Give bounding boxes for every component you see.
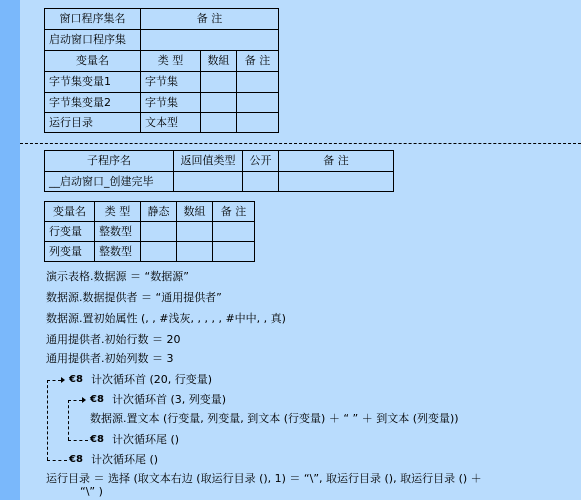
arrow-right-icon [61,377,65,383]
header-local-type: 类 型 [95,202,141,222]
loop-bracket-outer-bottom [47,460,67,461]
header-assembly-name: 窗口程序集名 [45,9,141,30]
local-var-name-cell[interactable]: 行变量 [45,222,95,242]
var-name-cell[interactable]: 运行目录 [45,113,141,133]
loop-bracket-inner-top [68,400,82,401]
var-name-cell[interactable]: 字节集变量2 [45,93,141,113]
local-var-type-cell[interactable]: 整数型 [95,242,141,262]
var-array-cell[interactable] [201,72,237,93]
header-return-type: 返回值类型 [174,151,243,172]
var-remark-cell[interactable] [237,72,279,93]
code-line[interactable]: 计次循环首 (3, 列变量) [112,393,226,407]
header-sub-remark: 备 注 [279,151,394,172]
var-type-cell[interactable]: 字节集 [141,72,201,93]
code-line[interactable]: 通用提供者.初始行数 ＝ 20 [46,333,181,347]
table-row: 字节集变量2 字节集 [45,93,279,113]
subroutine-table: 子程序名 返回值类型 公开 备 注 __启动窗口_创建完毕 [44,150,394,192]
code-line[interactable]: 演示表格.数据源 ＝ “数据源” [46,270,189,284]
loop-bracket-inner-bottom [68,440,88,441]
table-row: 运行目录 文本型 [45,113,279,133]
loop-bracket-inner [68,400,69,440]
loop-icon: €8 [90,394,104,406]
var-type-cell[interactable]: 文本型 [141,113,201,133]
local-var-remark-cell[interactable] [213,242,255,262]
local-var-array-cell[interactable] [177,222,213,242]
header-local-remark: 备 注 [213,202,255,222]
var-remark-cell[interactable] [237,93,279,113]
local-var-type-cell[interactable]: 整数型 [95,222,141,242]
header-var-name: 变量名 [45,51,141,72]
code-line[interactable]: 计次循环尾 () [112,433,179,447]
local-variables-table: 变量名 类 型 静态 数組 备 注 行变量 整数型 列变量 整数型 [44,201,255,262]
header-var-remark: 备 注 [237,51,279,72]
code-line[interactable]: 通用提供者.初始列数 ＝ 3 [46,352,174,366]
sub-remark-cell[interactable] [279,172,394,192]
loop-bracket-outer [47,380,48,460]
loop-icon: €8 [69,374,83,386]
header-public: 公开 [243,151,279,172]
var-remark-cell[interactable] [237,113,279,133]
code-line-continuation[interactable]: “\” ) [80,485,103,499]
assembly-remark-cell[interactable] [141,30,279,51]
local-var-name-cell[interactable]: 列变量 [45,242,95,262]
table-row: 行变量 整数型 [45,222,255,242]
loop-bracket-outer-top [47,380,61,381]
assembly-name-cell[interactable]: 启动窗口程序集 [45,30,141,51]
sub-name-cell[interactable]: __启动窗口_创建完毕 [45,172,174,192]
code-line[interactable]: 计次循环首 (20, 行变量) [91,373,212,387]
header-local-var-name: 变量名 [45,202,95,222]
loop-icon: €8 [69,454,83,466]
local-var-static-cell[interactable] [141,242,177,262]
header-local-array: 数組 [177,202,213,222]
var-array-cell[interactable] [201,93,237,113]
var-array-cell[interactable] [201,113,237,133]
header-remark: 备 注 [141,9,279,30]
local-var-static-cell[interactable] [141,222,177,242]
header-type: 类 型 [141,51,201,72]
code-line[interactable]: 运行目录 ＝ 选择 (取文本右边 (取运行目录 (), 1) ＝ “\”, 取运… [46,472,482,486]
table-row: 列变量 整数型 [45,242,255,262]
left-margin-strip [0,0,20,500]
header-static: 静态 [141,202,177,222]
var-name-cell[interactable]: 字节集变量1 [45,72,141,93]
var-type-cell[interactable]: 字节集 [141,93,201,113]
local-var-remark-cell[interactable] [213,222,255,242]
section-divider [20,143,581,144]
local-var-array-cell[interactable] [177,242,213,262]
code-line[interactable]: 计次循环尾 () [91,453,158,467]
public-cell[interactable] [243,172,279,192]
table-row: 字节集变量1 字节集 [45,72,279,93]
arrow-right-icon [82,397,86,403]
code-line[interactable]: 数据源.数据提供者 ＝ “通用提供者” [46,291,222,305]
window-assembly-table: 窗口程序集名 备 注 启动窗口程序集 变量名 类 型 数組 备 注 字节集变量1… [44,8,279,133]
code-line[interactable]: 数据源.置初始属性 (, , #浅灰, , , , , #中中, , 真) [46,312,286,326]
header-array: 数組 [201,51,237,72]
loop-icon: €8 [90,434,104,446]
return-type-cell[interactable] [174,172,243,192]
code-line[interactable]: 数据源.置文本 (行变量, 列变量, 到文本 (行变量) ＋ “ ” ＋ 到文本… [90,412,459,426]
header-sub-name: 子程序名 [45,151,174,172]
